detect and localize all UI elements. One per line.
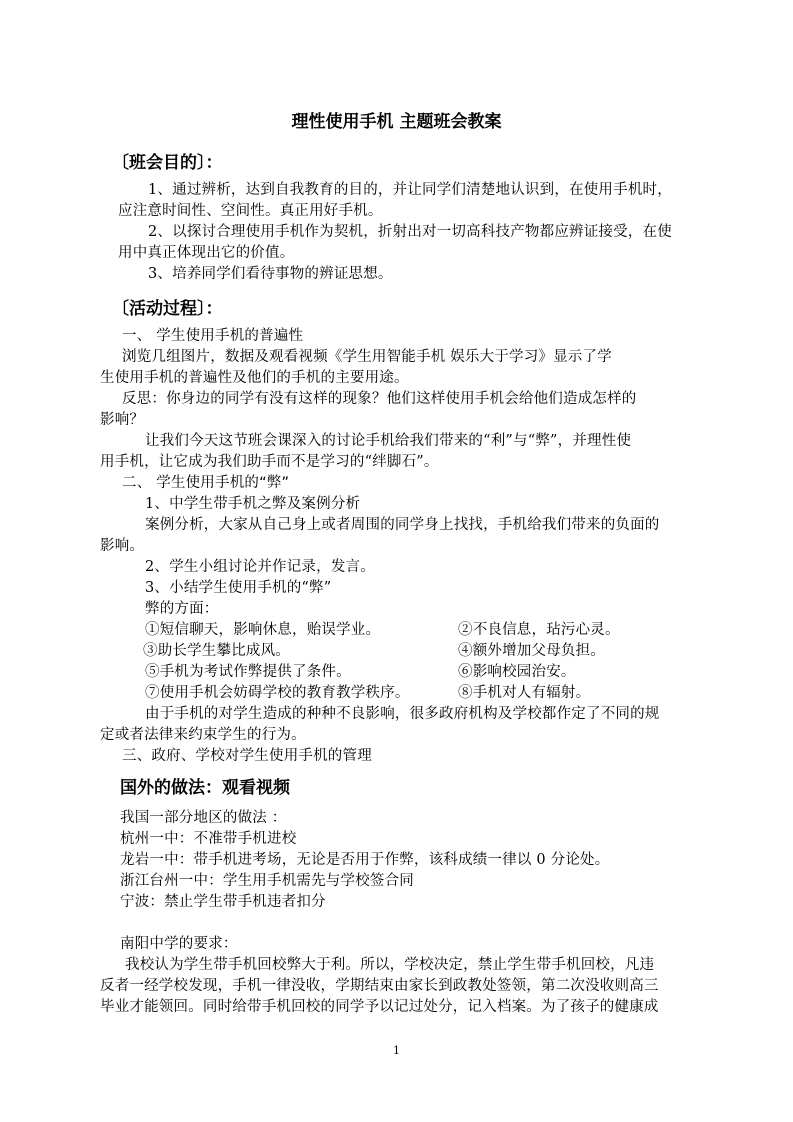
part2-title: 二、 学生使用手机的“弊”	[122, 473, 289, 493]
nanyang-heading: 南阳中学的要求：	[120, 934, 238, 954]
part2-line: 3、小结学生使用手机的“弊”	[145, 578, 331, 598]
part1-line: 反思：你身边的同学有没有这样的现象？他们这样使用手机会给他们造成怎样的	[122, 389, 637, 409]
domestic-item: 宁波：禁止学生带手机违者扣分	[120, 892, 326, 912]
part1-line: 浏览几组图片，数据及观看视频《学生用智能手机 娱乐大于学习》显示了学	[122, 347, 612, 367]
nanyang-line: 我校认为学生带手机回校弊大于利。所以，学校决定，禁止学生带手机回校，凡违	[125, 955, 654, 975]
purpose-line: 1、通过辨析，达到自我教育的目的，并让同学们清楚地认识到，在使用手机时，	[148, 180, 672, 200]
drawback-item: ⑦使用手机会妨碍学校的教育教学秩序。	[145, 683, 410, 703]
part2-line: 影响。	[100, 536, 144, 556]
purpose-line: 2、以探讨合理使用手机作为契机，折射出对一切高科技产物都应辨证接受，在使	[148, 222, 672, 242]
drawback-item: ②不良信息，玷污心灵。	[458, 620, 620, 640]
drawback-item: ③助长学生攀比成风。	[143, 641, 290, 661]
section-heading-process: 〔活动过程〕：	[112, 294, 223, 319]
page-number: 1	[0, 1044, 793, 1057]
part1-line: 用手机，让它成为我们助手而不是学习的“绊脚石”。	[100, 452, 439, 472]
part1-line: 生使用手机的普遍性及他们的手机的主要用途。	[100, 368, 409, 388]
part2-line: 2、学生小组讨论并作记录，发言。	[145, 557, 375, 577]
drawback-item: ①短信聊天，影响休息，贻误学业。	[145, 620, 380, 640]
drawback-item: ④额外增加父母负担。	[458, 641, 605, 661]
part2-line: 案例分析，大家从自己身上或者周围的同学身上找找，手机给我们带来的负面的	[145, 515, 660, 535]
part2-conclusion-line: 定或者法律来约束学生的行为。	[100, 725, 306, 745]
document-title: 理性使用手机 主题班会教案	[0, 107, 793, 132]
drawback-item: ⑧手机对人有辐射。	[458, 683, 590, 703]
purpose-line: 应注意时间性、空间性。真正用好手机。	[118, 201, 383, 221]
part2-line: 1、中学生带手机之弊及案例分析	[145, 494, 360, 514]
domestic-item: 龙岩一中：带手机进考场，无论是否用于作弊，该科成绩一律以 0 分论处。	[120, 850, 609, 870]
domestic-item: 浙江台州一中：学生用手机需先与学校签合同	[120, 871, 414, 891]
part2-conclusion-line: 由于手机的对学生造成的种种不良影响，很多政府机构及学校都作定了不同的规	[145, 704, 660, 724]
domestic-heading: 我国一部分地区的做法 ：	[120, 808, 287, 828]
part1-line: 让我们今天这节班会课深入的讨论手机给我们带来的“利”与“弊”，并理性使	[145, 431, 631, 451]
drawback-item: ⑤手机为考试作弊提供了条件。	[145, 662, 351, 682]
foreign-heading: 国外的做法：观看视频	[120, 773, 290, 798]
part1-line: 影响？	[100, 410, 144, 430]
document-page: 理性使用手机 主题班会教案 〔班会目的〕： 1、通过辨析，达到自我教育的目的，并…	[0, 0, 793, 1122]
purpose-line: 用中真正体现出它的价值。	[118, 243, 294, 263]
part1-title: 一、 学生使用手机的普遍性	[122, 326, 303, 346]
nanyang-line: 反者一经学校发现，手机一律没收，学期结束由家长到政教处签领，第二次没收则高三	[100, 976, 659, 996]
purpose-line: 3、培养同学们看待事物的辨证思想。	[148, 264, 393, 284]
part2-line: 弊的方面：	[145, 599, 219, 619]
domestic-item: 杭州一中：不准带手机进校	[120, 829, 296, 849]
drawback-item: ⑥影响校园治安。	[458, 662, 576, 682]
part3-title: 三、政府、学校对学生使用手机的管理	[122, 746, 372, 766]
section-heading-purpose: 〔班会目的〕：	[112, 148, 223, 173]
nanyang-line: 毕业才能领回。同时给带手机回校的同学予以记过处分，记入档案。为了孩子的健康成	[100, 997, 659, 1017]
